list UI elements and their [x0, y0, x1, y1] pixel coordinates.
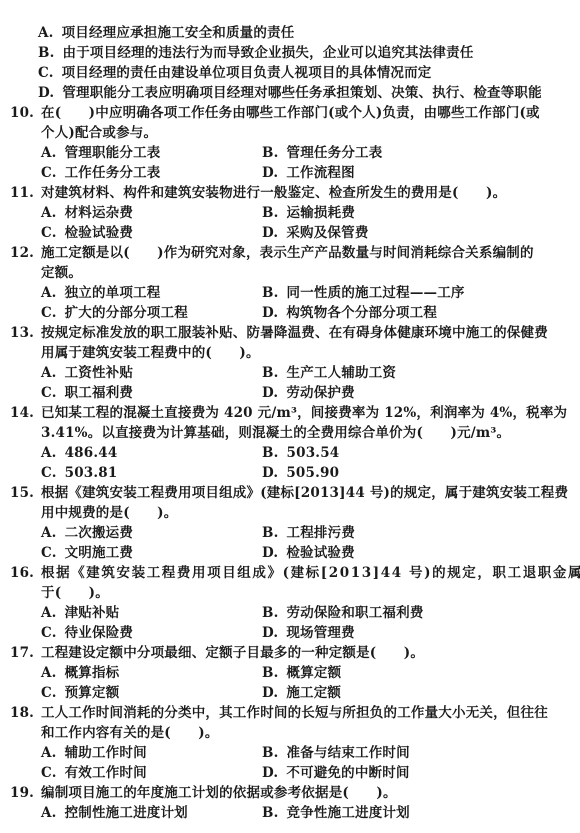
option-row: B.由于项目经理的违法行为而导致企业损失，企业可以追究其法律责任 [0, 43, 580, 63]
option-row: A.工资性补贴B.生产工人辅助工资 [0, 363, 580, 383]
option-text: 独立的单项工程 [65, 285, 161, 301]
stem-line: 个人)配合或参与。 [0, 123, 580, 143]
option-label: B. [262, 365, 279, 381]
option-text: 管理职能分工表应明确项目经理对哪些任务承担策划、决策、执行、检查等职能 [62, 85, 542, 101]
option-text: 505.90 [286, 465, 339, 481]
option-label: D. [262, 385, 278, 401]
question-stem: 14.已知某工程的混凝土直接费为 420 元/m³，间接费率为 12%，利润率为… [0, 403, 580, 423]
option-label: C. [38, 65, 54, 81]
question-number: 16. [10, 563, 41, 583]
question-number: 18. [10, 703, 41, 723]
option-row: C.扩大的分部分项工程D.构筑物各个分部分项工程 [0, 303, 580, 323]
option-label: A. [41, 205, 57, 221]
option-text: 503.81 [65, 465, 118, 481]
question-number: 11. [10, 183, 41, 203]
stem-line: 对建筑材料、构件和建筑安装物进行一般鉴定、检查所发生的费用是( )。 [41, 185, 506, 201]
stem-line: 根据《建筑安装工程费用项目组成》(建标[2013]44 号)的规定，职工退职金属 [41, 565, 580, 581]
stem-line: 于( )。 [0, 583, 580, 603]
option-label: B. [262, 805, 279, 821]
option-label: D. [262, 465, 278, 481]
option-row: A.二次搬运费B.工程排污费 [0, 523, 580, 543]
option-label: D. [262, 305, 278, 321]
stem-line: 和工作内容有关的是( )。 [0, 723, 580, 743]
question-number: 14. [10, 403, 41, 423]
stem-line: 在( )中应明确各项工作任务由哪些工作部门(或个人)负责，由哪些工作部门(或 [41, 105, 540, 121]
option-text: 辅助工作时间 [65, 745, 147, 761]
option-text: 503.54 [287, 445, 340, 461]
option-label: B. [262, 205, 279, 221]
option-row: C.职工福利费D.劳动保护费 [0, 383, 580, 403]
option-text: 管理职能分工表 [65, 145, 161, 161]
option-text: 控制性施工进度计划 [65, 805, 188, 821]
option-text: 材料运杂费 [65, 205, 134, 221]
option-label: D. [262, 765, 278, 781]
option-text: 现场管理费 [286, 625, 355, 641]
option-label: D. [38, 85, 54, 101]
stem-line: 用中规费的是( )。 [0, 503, 580, 523]
option-label: A. [41, 805, 57, 821]
option-text: 不可避免的中断时间 [286, 765, 409, 781]
option-label: D. [262, 625, 278, 641]
option-label: C. [41, 545, 57, 561]
option-text: 项目经理的责任由建设单位项目负责人视项目的具体情况而定 [62, 65, 432, 81]
option-text: 有效工作时间 [65, 765, 147, 781]
stem-line: 定额。 [0, 263, 580, 283]
option-text: 工程排污费 [287, 525, 356, 541]
option-label: C. [41, 225, 57, 241]
question-stem: 11.对建筑材料、构件和建筑安装物进行一般鉴定、检查所发生的费用是( )。 [0, 183, 580, 203]
option-label: C. [41, 385, 57, 401]
question-stem: 12.施工定额是以( )作为研究对象，表示生产产品数量与时间消耗综合关系编制的 [0, 243, 580, 263]
option-label: A. [41, 525, 57, 541]
option-row: A.管理职能分工表B.管理任务分工表 [0, 143, 580, 163]
option-label: D. [262, 685, 278, 701]
option-row: C.有效工作时间D.不可避免的中断时间 [0, 763, 580, 783]
option-label: A. [41, 745, 57, 761]
stem-line: 用属于建筑安装工程费中的( )。 [0, 343, 580, 363]
stem-line: 已知某工程的混凝土直接费为 420 元/m³，间接费率为 12%，利润率为 4%… [41, 405, 567, 421]
question-number: 15. [10, 483, 41, 503]
stem-line: 根据《建筑安装工程费用项目组成》(建标[2013]44 号)的规定，属于建筑安装… [41, 485, 568, 501]
question-stem: 13.按规定标准发放的职工服装补贴、防暑降温费、在有碍身体健康环境中施工的保健费 [0, 323, 580, 343]
option-label: C. [41, 465, 57, 481]
option-text: 准备与结束工作时间 [287, 745, 410, 761]
option-label: A. [38, 25, 54, 41]
option-text: 由于项目经理的违法行为而导致企业损失，企业可以追究其法律责任 [63, 45, 474, 61]
option-label: C. [41, 765, 57, 781]
option-text: 运输损耗费 [287, 205, 356, 221]
option-row: A.概算指标B.概算定额 [0, 663, 580, 683]
option-row: D.管理职能分工表应明确项目经理对哪些任务承担策划、决策、执行、检查等职能 [0, 83, 580, 103]
option-text: 采购及保管费 [286, 225, 368, 241]
option-row: A.项目经理应承担施工安全和质量的责任 [0, 23, 580, 43]
option-label: C. [41, 305, 57, 321]
option-row: C.预算定额D.施工定额 [0, 683, 580, 703]
option-row: C.待业保险费D.现场管理费 [0, 623, 580, 643]
stem-line: 按规定标准发放的职工服装补贴、防暑降温费、在有碍身体健康环境中施工的保健费 [41, 325, 548, 341]
option-label: A. [41, 445, 57, 461]
question-stem: 15.根据《建筑安装工程费用项目组成》(建标[2013]44 号)的规定，属于建… [0, 483, 580, 503]
option-text: 职工福利费 [65, 385, 134, 401]
option-row: A.控制性施工进度计划B.竞争性施工进度计划 [0, 803, 580, 823]
question-number: 13. [10, 323, 41, 343]
option-text: 工作任务分工表 [65, 165, 161, 181]
option-text: 概算定额 [287, 665, 342, 681]
question-stem: 10.在( )中应明确各项工作任务由哪些工作部门(或个人)负责，由哪些工作部门(… [0, 103, 580, 123]
option-label: C. [41, 165, 57, 181]
option-label: B. [262, 445, 279, 461]
option-row: A.独立的单项工程B.同一性质的施工过程——工序 [0, 283, 580, 303]
option-row: C.项目经理的责任由建设单位项目负责人视项目的具体情况而定 [0, 63, 580, 83]
stem-line: 3.41%。以直接费为计算基础，则混凝土的全费用综合单价为( )元/m³。 [0, 423, 580, 443]
option-row: A.486.44B.503.54 [0, 443, 580, 463]
question-stem: 19.编制项目施工的年度施工计划的依据或参考依据是( )。 [0, 783, 580, 803]
option-text: 构筑物各个分部分项工程 [286, 305, 437, 321]
option-text: 施工定额 [286, 685, 341, 701]
option-label: B. [262, 745, 279, 761]
option-text: 劳动保险和职工福利费 [287, 605, 424, 621]
stem-line: 编制项目施工的年度施工计划的依据或参考依据是( )。 [41, 785, 397, 801]
option-row: C.工作任务分工表D.工作流程图 [0, 163, 580, 183]
option-label: A. [41, 145, 57, 161]
option-text: 同一性质的施工过程——工序 [287, 285, 465, 301]
option-text: 项目经理应承担施工安全和质量的责任 [62, 25, 295, 41]
stem-line: 工程建设定额中分项最细、定额子目最多的一种定额是( )。 [41, 645, 424, 661]
stem-line: 施工定额是以( )作为研究对象，表示生产产品数量与时间消耗综合关系编制的 [41, 245, 534, 261]
option-label: A. [41, 665, 57, 681]
option-row: C.检验试验费D.采购及保管费 [0, 223, 580, 243]
option-row: C.503.81D.505.90 [0, 463, 580, 483]
question-stem: 18.工人工作时间消耗的分类中，其工作时间的长短与所担负的工作量大小无关，但往往 [0, 703, 580, 723]
option-text: 检验试验费 [286, 545, 355, 561]
option-label: A. [41, 285, 57, 301]
option-text: 概算指标 [65, 665, 120, 681]
option-label: B. [38, 45, 55, 61]
option-text: 劳动保护费 [286, 385, 355, 401]
option-text: 文明施工费 [65, 545, 134, 561]
option-text: 待业保险费 [65, 625, 134, 641]
option-label: A. [41, 365, 57, 381]
option-text: 预算定额 [65, 685, 120, 701]
option-label: D. [262, 165, 278, 181]
option-label: B. [262, 285, 279, 301]
question-number: 17. [10, 643, 41, 663]
option-label: B. [262, 665, 279, 681]
option-label: B. [262, 145, 279, 161]
option-row: C.文明施工费D.检验试验费 [0, 543, 580, 563]
option-label: D. [262, 225, 278, 241]
stem-line: 工人工作时间消耗的分类中，其工作时间的长短与所担负的工作量大小无关，但往往 [41, 705, 548, 721]
option-text: 检验试验费 [65, 225, 134, 241]
option-text: 津贴补贴 [65, 605, 120, 621]
option-row: A.津贴补贴B.劳动保险和职工福利费 [0, 603, 580, 623]
option-label: B. [262, 605, 279, 621]
question-stem: 17.工程建设定额中分项最细、定额子目最多的一种定额是( )。 [0, 643, 580, 663]
option-text: 竞争性施工进度计划 [287, 805, 410, 821]
option-label: D. [262, 545, 278, 561]
option-label: B. [262, 525, 279, 541]
question-number: 12. [10, 243, 41, 263]
option-text: 486.44 [65, 445, 118, 461]
option-label: C. [41, 685, 57, 701]
question-stem: 16.根据《建筑安装工程费用项目组成》(建标[2013]44 号)的规定，职工退… [0, 563, 580, 583]
option-text: 生产工人辅助工资 [287, 365, 397, 381]
option-text: 二次搬运费 [65, 525, 134, 541]
option-text: 管理任务分工表 [287, 145, 383, 161]
question-number: 19. [10, 783, 41, 803]
option-text: 扩大的分部分项工程 [65, 305, 188, 321]
option-label: A. [41, 605, 57, 621]
exam-page: A.项目经理应承担施工安全和质量的责任 B.由于项目经理的违法行为而导致企业损失… [0, 0, 580, 823]
option-text: 工资性补贴 [65, 365, 134, 381]
option-row: A.辅助工作时间B.准备与结束工作时间 [0, 743, 580, 763]
question-number: 10. [10, 103, 41, 123]
option-row: A.材料运杂费B.运输损耗费 [0, 203, 580, 223]
option-text: 工作流程图 [286, 165, 355, 181]
option-label: C. [41, 625, 57, 641]
